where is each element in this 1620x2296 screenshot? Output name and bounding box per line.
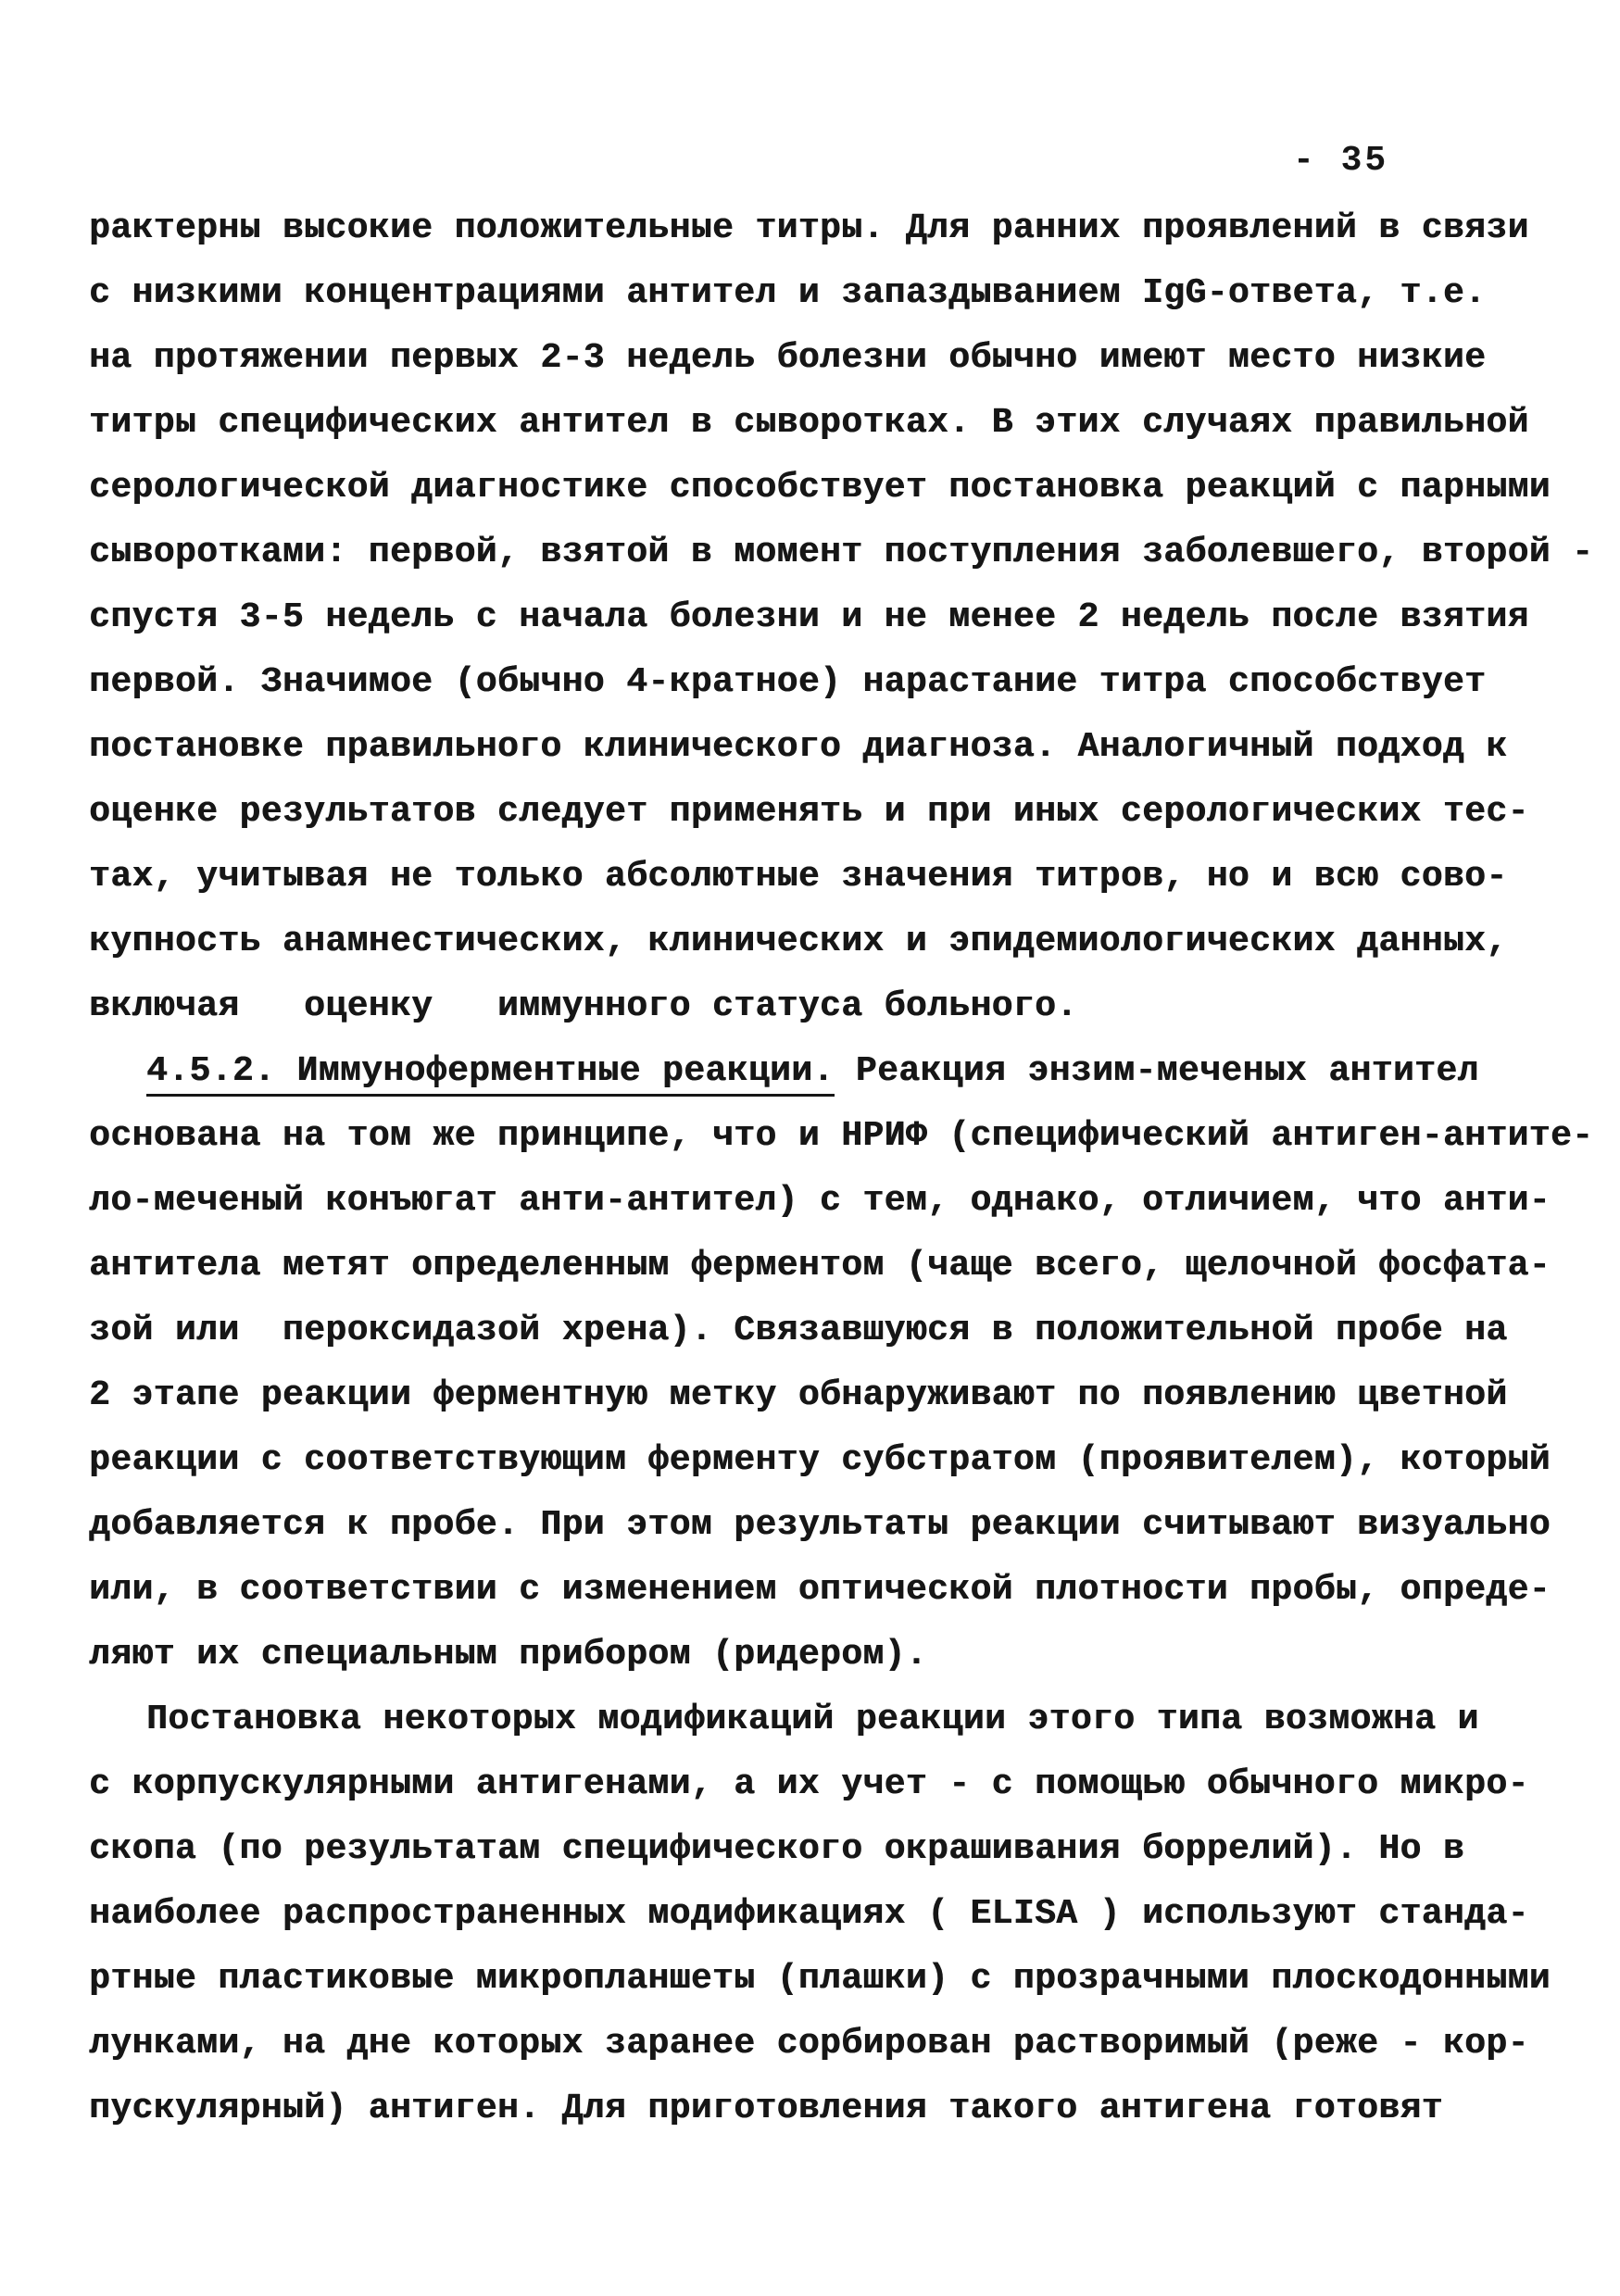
- text-line: на протяжении первых 2-3 недель болезни …: [89, 326, 1571, 391]
- text-line: наиболее распространенных модификациях (…: [89, 1882, 1571, 1947]
- text-line: рактерны высокие положительные титры. Дл…: [89, 196, 1571, 261]
- text-segment: реакции с соответствующим ферменту субст…: [89, 1440, 1551, 1480]
- text-line: ло-меченый конъюгат анти-антител) с тем,…: [89, 1169, 1571, 1234]
- text-segment: пускулярный) антиген. Для приготовления …: [89, 2089, 1443, 2128]
- text-segment: первой. Значимое (обычно 4-кратное) нара…: [89, 662, 1486, 702]
- text-line: реакции с соответствующим ферменту субст…: [89, 1428, 1571, 1493]
- text-line: серологической диагностике способствует …: [89, 456, 1571, 521]
- text-line: включая оценку иммунного статуса больног…: [89, 974, 1571, 1039]
- text-line: пускулярный) антиген. Для приготовления …: [89, 2076, 1571, 2141]
- text-segment: купность анамнестических, клинических и …: [89, 922, 1507, 961]
- text-line: титры специфических антител в сыворотках…: [89, 391, 1571, 456]
- text-segment: серологической диагностике способствует …: [89, 468, 1551, 508]
- text-segment: спустя 3-5 недель с начала болезни и не …: [89, 597, 1529, 637]
- text-segment: лунками, на дне которых заранее сорбиров…: [89, 2024, 1529, 2064]
- text-segment: с низкими концентрациями антител и запаз…: [89, 273, 1486, 313]
- text-segment: добавляется к пробе. При этом результаты…: [89, 1505, 1551, 1545]
- text-segment: постановке правильного клинического диаг…: [89, 727, 1507, 767]
- text-segment: тах, учитывая не только абсолютные значе…: [89, 857, 1507, 897]
- text-segment: скопа (по результатам специфического окр…: [89, 1829, 1464, 1869]
- text-line: антитела метят определенным ферментом (ч…: [89, 1234, 1571, 1299]
- section-heading: 4.5.2. Иммуноферментные реакции.: [146, 1051, 835, 1097]
- text-segment: с корпускулярными антигенами, а их учет …: [89, 1764, 1529, 1804]
- text-segment: Реакция энзим-меченых антител: [835, 1051, 1479, 1091]
- text-line: спустя 3-5 недель с начала болезни и не …: [89, 585, 1571, 650]
- text-segment: наиболее распространенных модификациях (…: [89, 1894, 1529, 1934]
- text-line: лунками, на дне которых заранее сорбиров…: [89, 2012, 1571, 2076]
- document-page: - 35 рактерны высокие положительные титр…: [0, 0, 1620, 2296]
- text-segment: ртные пластиковые микропланшеты (плашки)…: [89, 1959, 1551, 1999]
- text-segment: антитела метят определенным ферментом (ч…: [89, 1246, 1551, 1286]
- text-segment: 2 этапе реакции ферментную метку обнаруж…: [89, 1375, 1507, 1415]
- text-segment: титры специфических антител в сыворотках…: [89, 403, 1529, 443]
- text-line: или, в соответствии с изменением оптичес…: [89, 1558, 1571, 1623]
- text-segment: рактерны высокие положительные титры. Дл…: [89, 208, 1529, 248]
- text-line: зой или пероксидазой хрена). Связавшуюся…: [89, 1299, 1571, 1363]
- text-line: купность анамнестических, клинических и …: [89, 910, 1571, 974]
- text-line: с корпускулярными антигенами, а их учет …: [89, 1752, 1571, 1817]
- text-line: тах, учитывая не только абсолютные значе…: [89, 845, 1571, 910]
- text-segment: на протяжении первых 2-3 недель болезни …: [89, 338, 1486, 378]
- text-line: оценке результатов следует применять и п…: [89, 780, 1571, 845]
- text-line: добавляется к пробе. При этом результаты…: [89, 1493, 1571, 1558]
- text-line: 4.5.2. Иммуноферментные реакции. Реакция…: [89, 1039, 1571, 1104]
- text-line: постановке правильного клинического диаг…: [89, 715, 1571, 780]
- text-segment: зой или пероксидазой хрена). Связавшуюся…: [89, 1311, 1507, 1350]
- page-number: - 35: [1293, 141, 1388, 181]
- text-line: скопа (по результатам специфического окр…: [89, 1817, 1571, 1882]
- text-line: 2 этапе реакции ферментную метку обнаруж…: [89, 1363, 1571, 1428]
- text-segment: ляют их специальным прибором (ридером).: [89, 1635, 927, 1675]
- text-line: ляют их специальным прибором (ридером).: [89, 1623, 1571, 1687]
- text-line: с низкими концентрациями антител и запаз…: [89, 261, 1571, 326]
- text-line: основана на том же принципе, что и НРИФ …: [89, 1104, 1571, 1169]
- text-segment: Постановка некоторых модификаций реакции…: [146, 1700, 1479, 1739]
- text-line: Постановка некоторых модификаций реакции…: [89, 1687, 1571, 1752]
- text-segment: сыворотками: первой, взятой в момент пос…: [89, 533, 1593, 572]
- text-line: первой. Значимое (обычно 4-кратное) нара…: [89, 650, 1571, 715]
- text-line: ртные пластиковые микропланшеты (плашки)…: [89, 1947, 1571, 2012]
- text-block: рактерны высокие положительные титры. Дл…: [89, 196, 1571, 2141]
- text-segment: ло-меченый конъюгат анти-антител) с тем,…: [89, 1181, 1551, 1221]
- text-segment: основана на том же принципе, что и НРИФ …: [89, 1116, 1593, 1156]
- text-segment: оценке результатов следует применять и п…: [89, 792, 1529, 832]
- text-segment: включая оценку иммунного статуса больног…: [89, 986, 1077, 1026]
- text-line: сыворотками: первой, взятой в момент пос…: [89, 521, 1571, 585]
- text-segment: или, в соответствии с изменением оптичес…: [89, 1570, 1551, 1610]
